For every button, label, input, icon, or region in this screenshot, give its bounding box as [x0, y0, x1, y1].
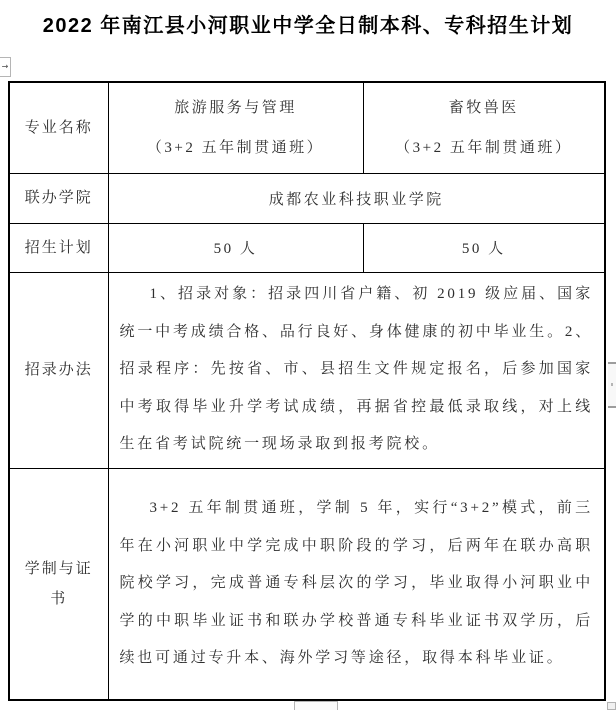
page-title: 2022 年南江县小河职业中学全日制本科、专科招生计划 — [0, 10, 616, 42]
schooling-certificate-cell: 3+2 五年制贯通班，学制 5 年，实行“3+2”模式，前三年在小河职业中学完成… — [108, 468, 605, 700]
scrollbar-marker[interactable] — [608, 362, 616, 408]
corner-resize-handle[interactable] — [607, 702, 616, 710]
enrollment-quota-label: 招生计划 — [9, 223, 108, 272]
partner-college-label: 联办学院 — [9, 173, 108, 223]
major-tourism-name: 旅游服务与管理 — [110, 88, 362, 128]
schooling-certificate-label: 学制与证书 — [9, 468, 108, 700]
major-husbandry-name: 畜牧兽医 — [365, 88, 604, 128]
major-husbandry-mode: （3+2 五年制贯通班） — [365, 128, 604, 168]
schooling-certificate-text: 3+2 五年制贯通班，学制 5 年，实行“3+2”模式，前三年在小河职业中学完成… — [120, 490, 594, 678]
major-name-label: 专业名称 — [9, 82, 108, 173]
partner-college-value: 成都农业科技职业学院 — [108, 173, 605, 223]
major-tourism-mode: （3+2 五年制贯通班） — [110, 128, 362, 168]
row-major-name: 专业名称 旅游服务与管理 （3+2 五年制贯通班） 畜牧兽医 （3+2 五年制贯… — [9, 82, 605, 173]
scrollbar-bottom-dash-icon — [608, 406, 616, 408]
row-admission-method: 招录办法 1、招录对象：招录四川省户籍、初 2019 级应届、国家统一中考成绩合… — [9, 272, 605, 468]
admission-method-label: 招录办法 — [9, 272, 108, 468]
right-arrow-icon: → — [2, 63, 9, 71]
enrollment-plan-table: 专业名称 旅游服务与管理 （3+2 五年制贯通班） 畜牧兽医 （3+2 五年制贯… — [8, 81, 606, 701]
scrollbar-dot-icon — [611, 383, 613, 386]
admission-method-text: 1、招录对象：招录四川省户籍、初 2019 级应届、国家统一中考成绩合格、品行良… — [120, 276, 594, 464]
scrollbar-top-dash-icon — [608, 362, 616, 364]
quota-tourism-value: 50 人 — [108, 223, 363, 272]
document-page: 2022 年南江县小河职业中学全日制本科、专科招生计划 → 专业名称 旅游服务与… — [0, 0, 616, 710]
row-enrollment-quota: 招生计划 50 人 50 人 — [9, 223, 605, 272]
quota-husbandry-value: 50 人 — [363, 223, 605, 272]
admission-method-cell: 1、招录对象：招录四川省户籍、初 2019 级应届、国家统一中考成绩合格、品行良… — [108, 272, 605, 468]
page-break-button[interactable] — [294, 701, 338, 710]
major-husbandry-cell: 畜牧兽医 （3+2 五年制贯通班） — [363, 82, 605, 173]
row-partner-college: 联办学院 成都农业科技职业学院 — [9, 173, 605, 223]
major-tourism-cell: 旅游服务与管理 （3+2 五年制贯通班） — [108, 82, 363, 173]
row-schooling-certificate: 学制与证书 3+2 五年制贯通班，学制 5 年，实行“3+2”模式，前三年在小河… — [9, 468, 605, 700]
table-anchor-button[interactable]: → — [0, 57, 11, 77]
